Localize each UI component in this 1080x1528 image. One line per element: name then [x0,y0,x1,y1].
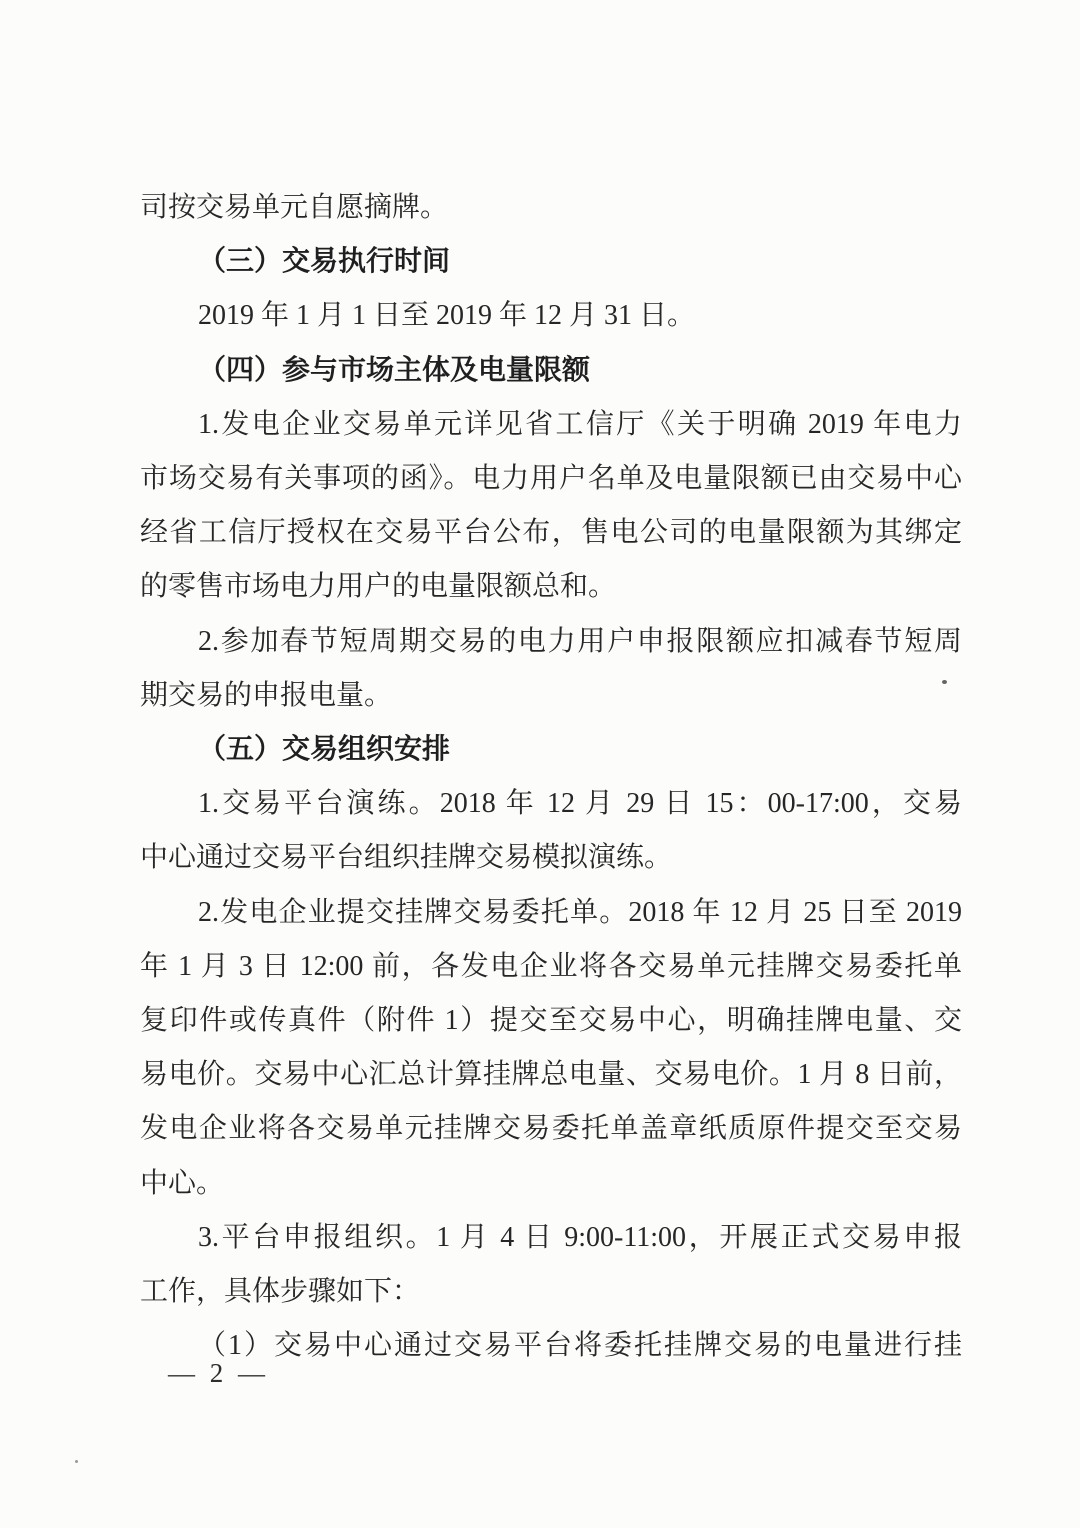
text-line: 经省工信厅授权在交易平台公布，售电公司的电量限额为其绑定 [140,506,962,560]
text-line: 2.发电企业提交挂牌交易委托单。2018 年 12 月 25 日至 2019 [140,886,962,940]
text-line: 易电价。交易中心汇总计算挂牌总电量、交易电价。1 月 8 日前， [140,1048,962,1102]
scan-speck-icon [75,1460,78,1463]
text-line: 2.参加春节短周期交易的电力用户申报限额应扣减春节短周 [140,615,962,669]
document-text: 司按交易单元自愿摘牌。（三）交易执行时间2019 年 1 月 1 日至 2019… [140,181,962,1373]
section-heading: （四）参与市场主体及电量限额 [140,344,962,398]
page-number: — 2 — [168,1356,269,1390]
scan-speck-icon [942,680,947,684]
text-line: 中心通过交易平台组织挂牌交易模拟演练。 [140,831,962,885]
document-page: 司按交易单元自愿摘牌。（三）交易执行时间2019 年 1 月 1 日至 2019… [0,0,1080,1528]
text-line: 复印件或传真件（附件 1）提交至交易中心，明确挂牌电量、交 [140,994,962,1048]
text-line: 发电企业将各交易单元挂牌交易委托单盖章纸质原件提交至交易 [140,1102,962,1156]
text-line: 3.平台申报组织。1 月 4 日 9:00-11:00，开展正式交易申报 [140,1211,962,1265]
text-line: 1.发电企业交易单元详见省工信厅《关于明确 2019 年电力 [140,398,962,452]
section-heading: （三）交易执行时间 [140,235,962,289]
text-line: 工作，具体步骤如下： [140,1265,962,1319]
text-line: 期交易的申报电量。 [140,669,962,723]
text-line: 2019 年 1 月 1 日至 2019 年 12 月 31 日。 [140,289,962,343]
section-heading: （五）交易组织安排 [140,723,962,777]
text-line: 中心。 [140,1157,962,1211]
text-line: 的零售市场电力用户的电量限额总和。 [140,560,962,614]
text-line: 年 1 月 3 日 12:00 前，各发电企业将各交易单元挂牌交易委托单 [140,940,962,994]
text-line: 司按交易单元自愿摘牌。 [140,181,962,235]
text-line: 市场交易有关事项的函》。电力用户名单及电量限额已由交易中心 [140,452,962,506]
text-line: 1.交易平台演练。2018 年 12 月 29 日 15：00-17:00，交易 [140,777,962,831]
